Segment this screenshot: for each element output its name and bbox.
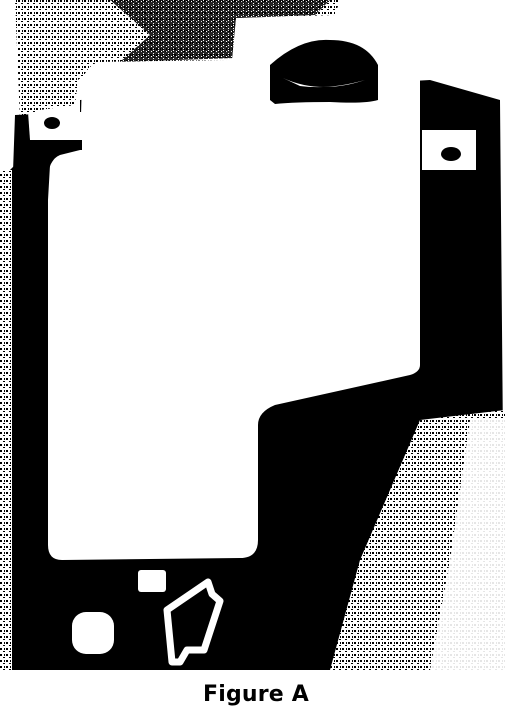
figure-photo xyxy=(0,0,512,680)
device-photo xyxy=(0,0,512,680)
round-button xyxy=(72,612,114,654)
figure-caption: Figure A xyxy=(0,680,512,710)
square-marker xyxy=(138,570,166,592)
